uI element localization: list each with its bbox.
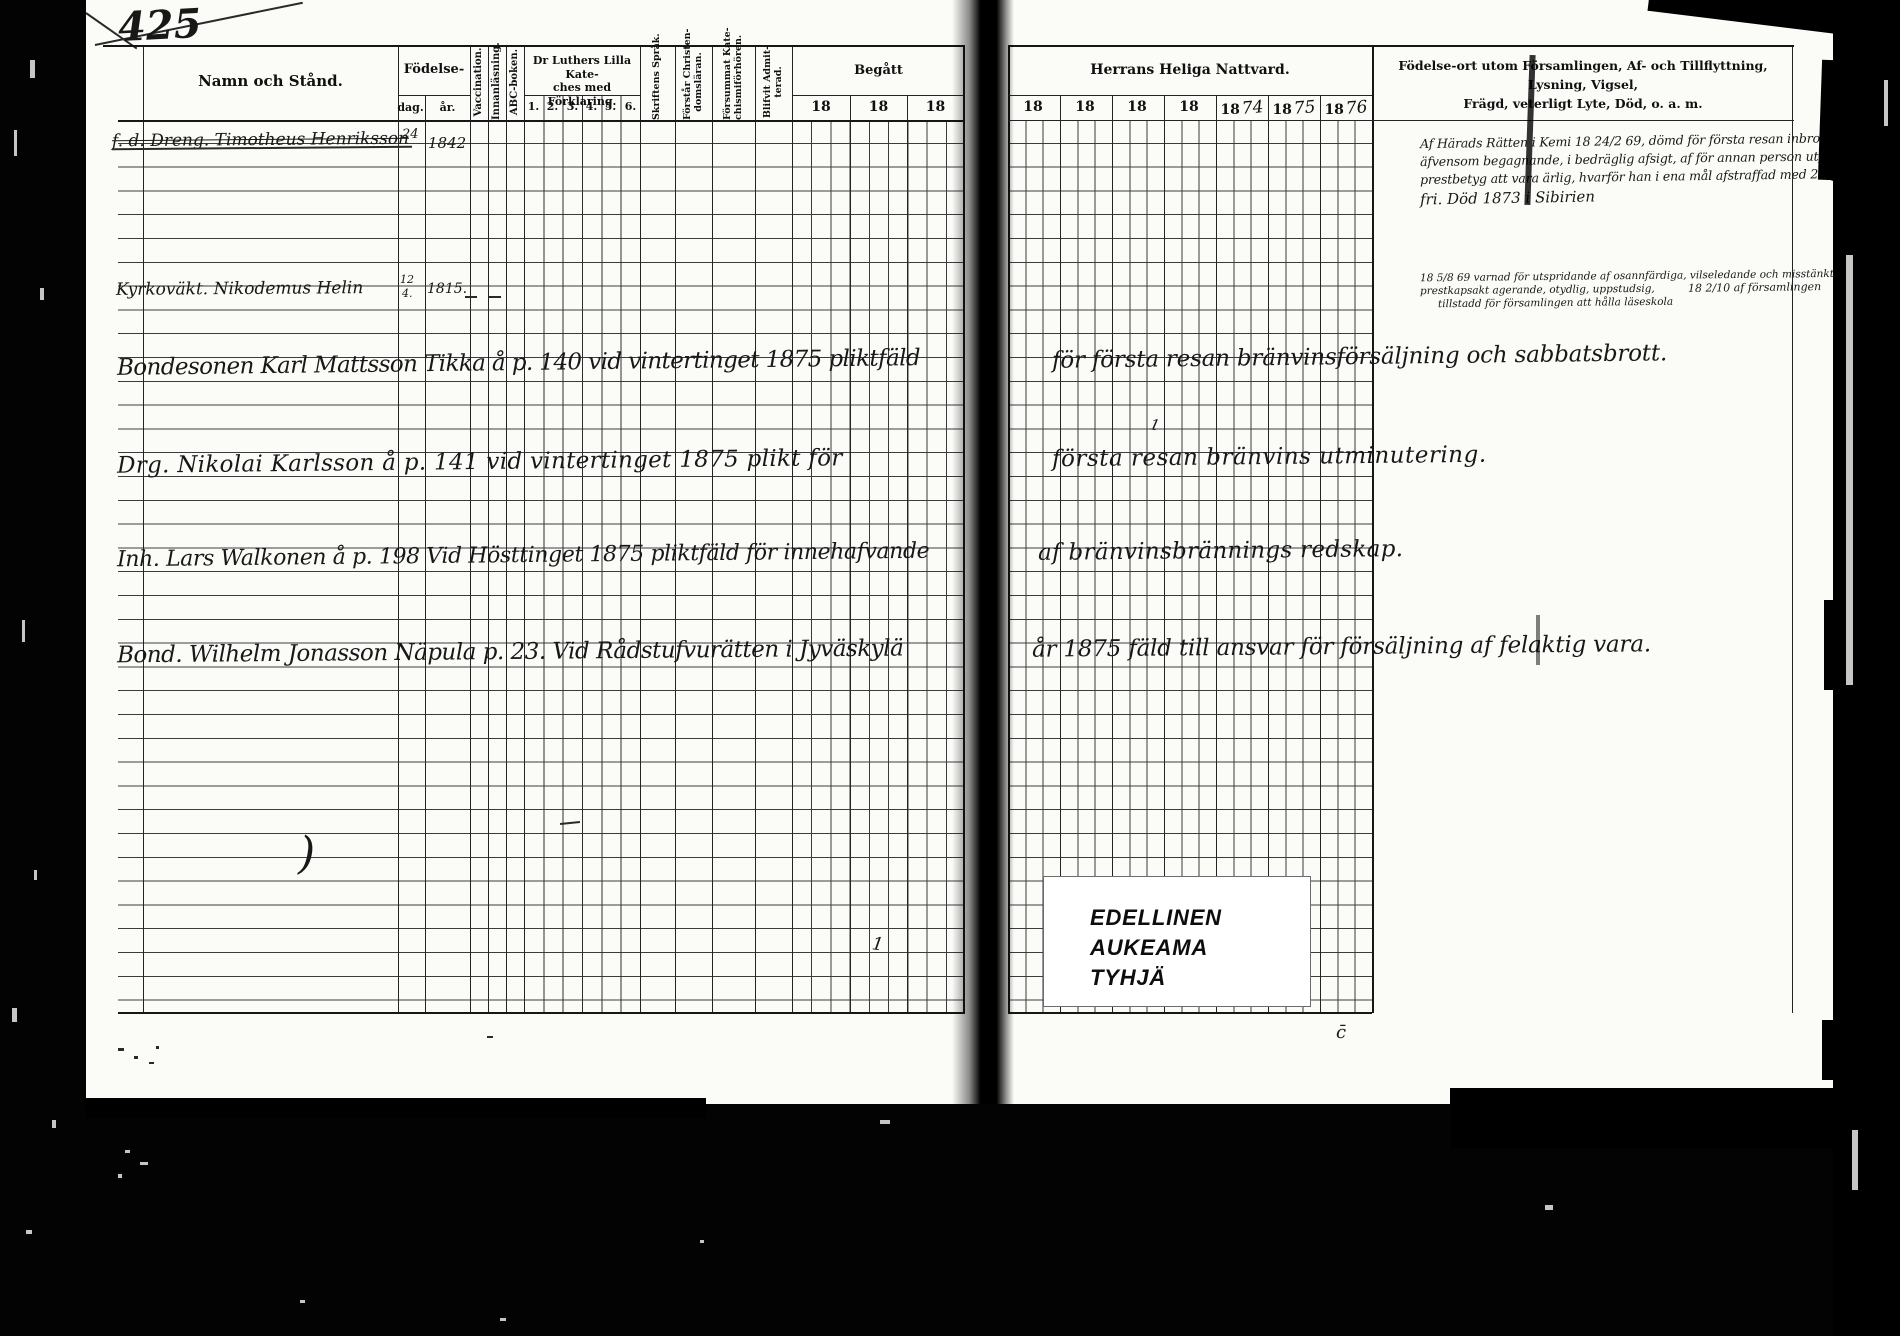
scan-noise: [14, 130, 17, 156]
entry-text-right: af bränvinsbrännings redskap.: [1038, 536, 1404, 566]
catechism-number-2: 2.: [543, 100, 562, 113]
scan-noise: [700, 1240, 704, 1243]
scan-edge-streak: [1852, 1130, 1858, 1190]
scan-noise: [1545, 1205, 1553, 1210]
entry-text-right: första resan bränvins utminutering.: [1052, 442, 1487, 473]
scan-bottom-edge: [1450, 1088, 1840, 1148]
scan-noise: [40, 288, 44, 300]
scan-noise: [34, 870, 37, 880]
scan-bottom-edge: [86, 1098, 706, 1118]
slip-line-3: TYHJÄ: [1090, 963, 1310, 993]
handwritten-year: 75: [1293, 97, 1316, 119]
pen-smudge: [156, 1046, 159, 1049]
scan-noise: [118, 1174, 122, 1178]
catechism-number-3: 3.: [563, 100, 582, 113]
scan-noise: [300, 1300, 305, 1303]
scan-crease-blotch: [1536, 615, 1540, 665]
column-header-abc-book: ABC-boken.: [509, 44, 521, 120]
scan-noise: [880, 1120, 890, 1124]
scan-noise: [26, 1230, 32, 1234]
entry-birth-day: 24: [402, 127, 419, 142]
entry-note-line: tillstadd för församlingen att hålla läs…: [1438, 296, 1673, 310]
begatt-subcolumns: [792, 120, 965, 1013]
pen-brace-mark: ): [298, 828, 315, 879]
column-header-understands: Förstår Christen- domsläran.: [682, 44, 704, 120]
communion-year-cell: 18: [1060, 99, 1112, 115]
scan-noise: [12, 1008, 17, 1022]
column-header-name: Namn och Stånd.: [143, 72, 398, 90]
communion-year-cell: 1876: [1320, 99, 1372, 119]
column-header-vaccination: Vaccination.: [473, 44, 485, 120]
catechism-title-line1: Dr Luthers Lilla Kate-: [524, 54, 640, 81]
communion-year-cell: 18: [1112, 99, 1164, 115]
scan-noise: [52, 1120, 56, 1128]
pen-smudge: [149, 1062, 154, 1064]
scan-edge-blotch: [1824, 600, 1838, 690]
scan-edge-streak: [1884, 80, 1888, 126]
entry-birth-month: 4.: [402, 287, 413, 300]
column-header-missed-exams: Försummat Kate- chismiförhören.: [722, 44, 744, 120]
column-header-admitted: Blifvit Admit- terad.: [762, 44, 784, 120]
begatt-year-1: 18: [792, 99, 850, 115]
column-header-communion: Herrans Heliga Nattvard.: [1008, 62, 1372, 78]
book-gutter-shadow: [952, 0, 1014, 1104]
handwritten-year: 76: [1345, 97, 1368, 119]
communion-year-cell: 18: [1008, 99, 1060, 115]
entry-name: Kyrkoväkt. Nikodemus Helin: [116, 278, 363, 300]
scan-noise: [125, 1150, 130, 1153]
column-header-notes: Födelse-ort utom Församlingen, Af- och T…: [1380, 56, 1786, 113]
catechism-number-1: 1.: [524, 100, 543, 113]
catechism-number-6: 6.: [621, 100, 640, 113]
entry-note-line: 18 2/10 af församlingen: [1688, 280, 1821, 295]
slip-line-1: EDELLINEN: [1090, 903, 1310, 933]
archival-slip-label: EDELLINEN AUKEAMA TYHJÄ: [1043, 876, 1311, 1007]
column-header-birth-day: dag.: [396, 101, 425, 114]
communion-year-cell: 18: [1164, 99, 1216, 115]
scan-edge-blotch: [1822, 1020, 1838, 1080]
catechism-number-5: 5.: [601, 100, 620, 113]
column-header-birth-year: år.: [425, 101, 470, 114]
communion-year-cell: 1875: [1268, 99, 1320, 119]
scan-noise: [500, 1318, 506, 1321]
scan-noise: [30, 60, 35, 78]
pen-smudge: [134, 1056, 138, 1059]
scan-noise: [140, 1162, 148, 1165]
scan-noise: [22, 620, 25, 642]
pen-smudge: [118, 1048, 124, 1051]
entry-birth-year: 1815.: [427, 281, 467, 297]
slip-line-2: AUKEAMA: [1090, 933, 1310, 963]
pen-dash: [465, 296, 477, 298]
entry-note-line: fri. Död 1873 i Sibirien: [1420, 187, 1595, 208]
ledger-scan: 425 Namn och Stånd. Födelse- dag. år. Va…: [0, 0, 1900, 1336]
page-number: 425: [117, 0, 203, 51]
entry-birth-day: 12: [400, 273, 414, 286]
handwritten-year: 74: [1241, 97, 1264, 119]
scan-edge-right: [1833, 0, 1900, 1336]
entry-note-line: prestkapsakt agerande, otydlig, uppstuds…: [1420, 283, 1655, 297]
column-header-birth: Födelse-: [398, 62, 470, 77]
begatt-year-2: 18: [850, 99, 907, 115]
column-header-scripture: Skriftens Språk.: [651, 44, 663, 120]
pen-smudge: [487, 1036, 493, 1038]
catechism-number-4: 4.: [582, 100, 601, 113]
communion-year-cell: 1874: [1216, 99, 1268, 119]
column-header-reading: Innanläsning.: [491, 44, 503, 120]
entry-birth-year: 1842: [428, 134, 466, 152]
column-header-begatt: Begått: [792, 63, 965, 78]
scan-edge-streak: [1846, 255, 1853, 685]
pen-dash: [489, 296, 501, 298]
entry-text-right: år 1875 fäld till ansvar för försäljning…: [1032, 631, 1651, 662]
pen-c-mark: c̄: [1336, 1022, 1346, 1043]
